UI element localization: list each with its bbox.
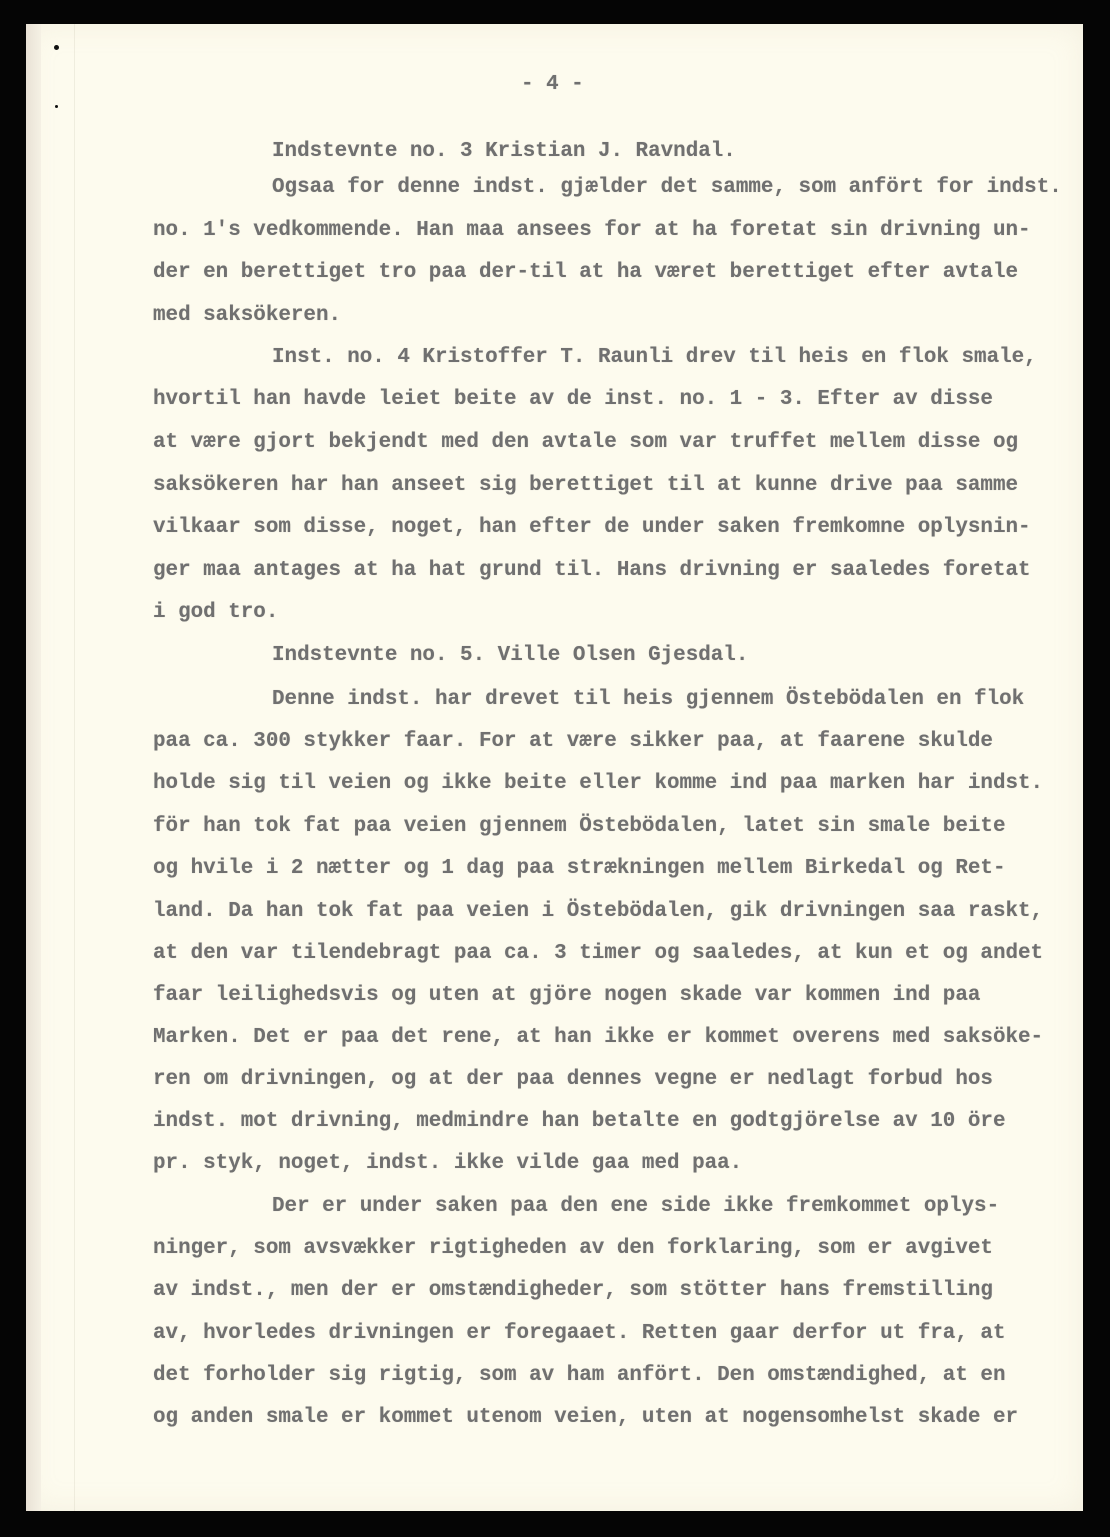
text-line: Der er under saken paa den ene side ikke…	[272, 1195, 999, 1219]
page-number: - 4 -	[521, 73, 584, 97]
text-line: og anden smale er kommet utenom veien, u…	[153, 1406, 1018, 1430]
text-line: Denne indst. har drevet til heis gjennem…	[272, 688, 1024, 712]
text-line: ger maa antages at ha hat grund til. Han…	[153, 559, 1031, 583]
text-line: med saksökeren.	[153, 304, 341, 328]
text-line: indst. mot drivning, medmindre han betal…	[153, 1110, 1005, 1134]
text-line: og hvile i 2 nætter og 1 dag paa strækni…	[153, 857, 1005, 881]
text-line: land. Da han tok fat paa veien i Östeböd…	[153, 900, 1043, 924]
text-line: vilkaar som disse, noget, han efter de u…	[153, 516, 1031, 540]
text-line: pr. styk, noget, indst. ikke vilde gaa m…	[153, 1152, 742, 1176]
text-line: at den var tilendebragt paa ca. 3 timer …	[153, 942, 1043, 966]
text-line: saksökeren har han anseet sig berettiget…	[153, 474, 1018, 498]
text-line: av, hvorledes drivningen er foregaaet. R…	[153, 1322, 1005, 1346]
text-line: Marken. Det er paa det rene, at han ikke…	[153, 1026, 1043, 1050]
text-line: der en berettiget tro paa der-til at ha …	[153, 261, 1018, 285]
text-line: paa ca. 300 stykker faar. For at være si…	[153, 730, 993, 754]
text-line: ren om drivningen, og at der paa dennes …	[153, 1068, 993, 1092]
text-line: för han tok fat paa veien gjennem Östebö…	[153, 815, 1005, 839]
text-line: faar leilighedsvis og uten at gjöre noge…	[153, 984, 980, 1008]
typewritten-text: - 4 - Indstevnte no. 3 Kristian J. Ravnd…	[0, 0, 1110, 1537]
section-heading: Indstevnte no. 3 Kristian J. Ravndal.	[272, 140, 736, 164]
section-heading: Indstevnte no. 5. Ville Olsen Gjesdal.	[272, 644, 748, 668]
text-line: det forholder sig rigtig, som av ham anf…	[153, 1364, 1005, 1388]
text-line: av indst., men der er omstændigheder, so…	[153, 1279, 993, 1303]
text-line: hvortil han havde leiet beite av de inst…	[153, 388, 993, 412]
text-line: no. 1's vedkommende. Han maa ansees for …	[153, 219, 1031, 243]
text-line: ninger, som avsvækker rigtigheden av den…	[153, 1237, 993, 1261]
text-line: i god tro.	[153, 601, 278, 625]
text-line: holde sig til veien og ikke beite eller …	[153, 772, 1043, 796]
text-line: Inst. no. 4 Kristoffer T. Raunli drev ti…	[272, 346, 1037, 370]
text-line: Ogsaa for denne indst. gjælder det samme…	[272, 176, 1062, 200]
text-line: at være gjort bekjendt med den avtale so…	[153, 431, 1018, 455]
